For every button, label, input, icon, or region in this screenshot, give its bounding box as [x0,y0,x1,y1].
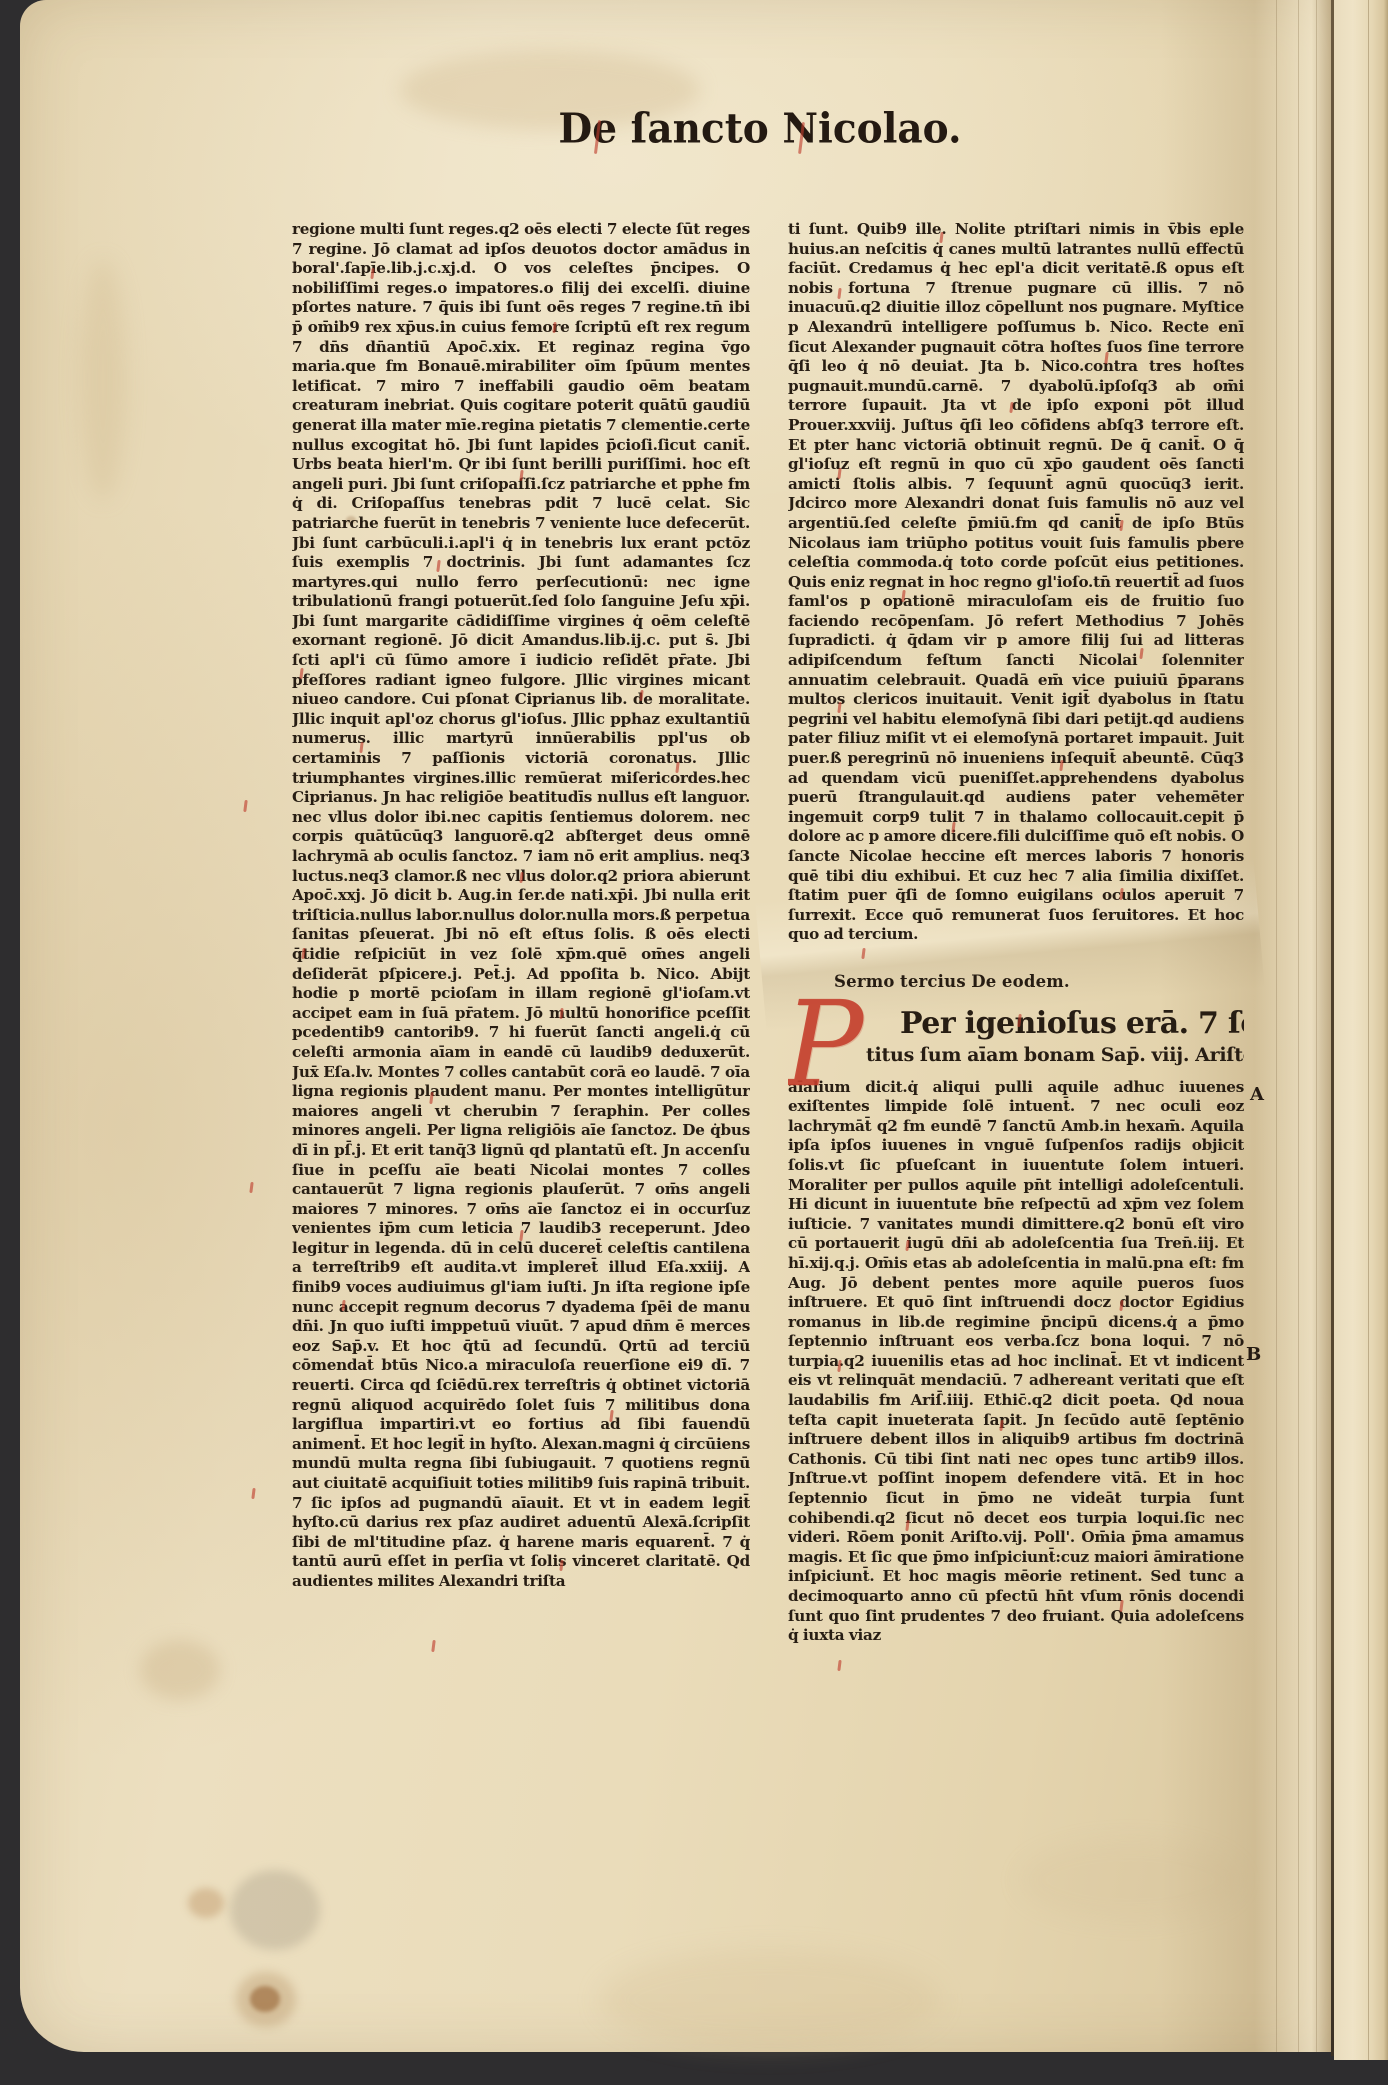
page-title: De ſancto Nicolao. [500,105,1020,153]
incipit-line-2: titus ſum aīam bonam Sap̄. viij. Ariſto.… [866,1042,1244,1068]
scanner-background: De ſancto Nicolao. regione multi ſunt re… [0,0,1388,2085]
right-column-part2: aīalium dicit.q̇ aliqui pulli aquile adh… [788,1078,1244,1646]
sermon-heading: Sermo tercius De eodem. [834,972,1244,992]
facing-page-line [1368,0,1369,2060]
incipit-line-1: Per igenioſus erā. 7 ſor [900,1006,1244,1042]
right-text-column: ti ſunt. Quib9 ille. Nolite ptriſtari ni… [788,220,1244,1718]
red-initial-letter: P [788,994,863,1094]
page-edge-line [1276,0,1277,2052]
page-edge-line [1298,0,1299,2052]
sermon-incipit: P Per igenioſus erā. 7 ſor titus ſum aīa… [788,1006,1244,1072]
marginal-letter-a: A [1250,1084,1264,1105]
right-column-part1: ti ſunt. Quib9 ille. Nolite ptriſtari ni… [788,220,1244,945]
left-text-column: regione multi ſunt reges.q2 oēs electi 7… [292,220,750,1718]
facing-page-edge [1334,0,1388,2060]
marginal-letter-b: B [1246,1344,1261,1365]
page-edge-line [1316,0,1317,2052]
